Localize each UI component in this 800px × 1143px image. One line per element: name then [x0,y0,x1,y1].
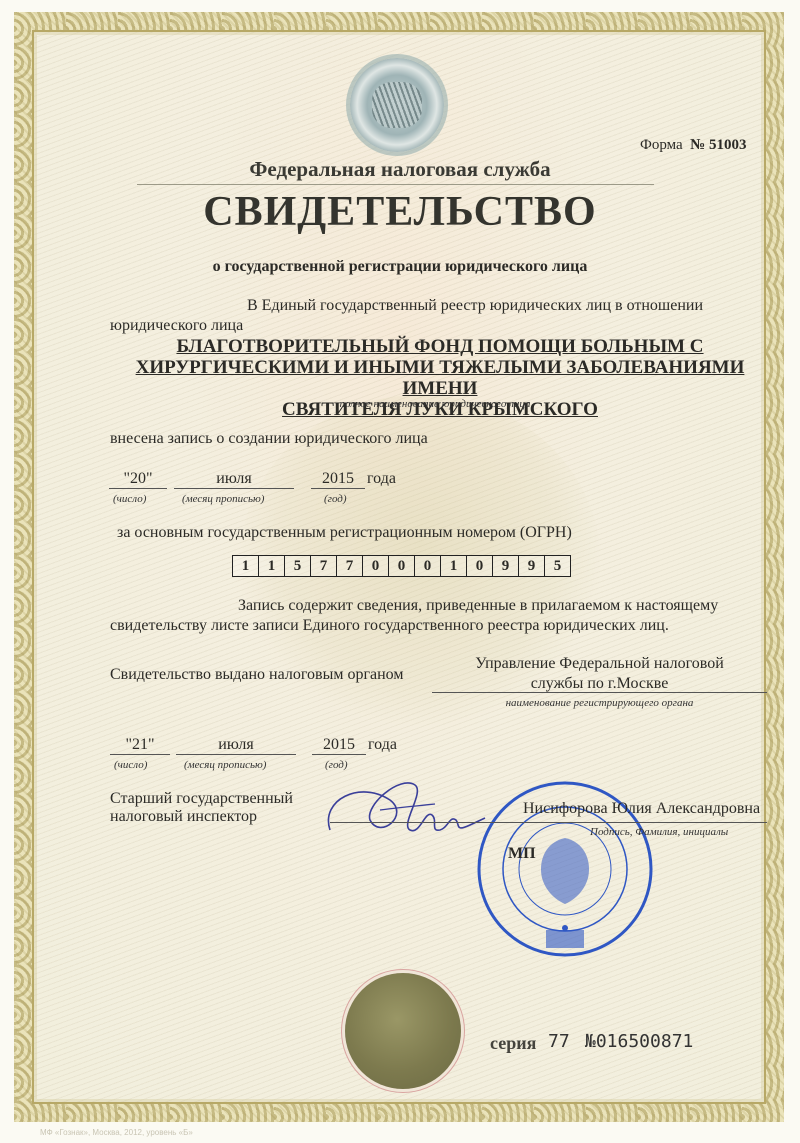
issue-day: "21" [110,736,170,755]
ogrn-digit: 5 [285,556,311,576]
ogrn-digit: 9 [493,556,519,576]
ogrn-digit: 5 [545,556,570,576]
seal-label: МП [508,845,536,863]
divider [432,692,767,693]
hologram-emblem-icon [350,58,444,152]
ogrn-digit: 1 [233,556,259,576]
form-number-value: № 51003 [690,137,746,153]
record-line-2: свидетельству листе записи Единого госуд… [110,617,669,635]
signature-icon [320,770,490,850]
divider [137,184,654,185]
form-label: Форма [640,137,683,153]
document-title: СВИДЕТЕЛЬСТВО [0,188,800,236]
day-caption: (число) [114,759,147,771]
entry-year: 2015 [311,470,365,489]
signature-caption: Подпись, Фамилия, инициалы [590,826,728,838]
ogrn-number: 1 1 5 7 7 0 0 0 1 0 9 9 5 [232,555,571,577]
printer-note: МФ «Гознак», Москва, 2012, уровень «Б» [40,1128,193,1137]
ogrn-digit: 7 [337,556,363,576]
entity-name-line: ХИРУРГИЧЕСКИМИ И ИНЫМИ ТЯЖЕЛЫМИ ЗАБОЛЕВА… [110,357,770,399]
intro-line-1: В Единый государственный реестр юридичес… [247,297,703,315]
month-caption: (месяц прописью) [184,759,266,771]
issue-year: 2015 [312,736,366,755]
issue-year-suffix: года [368,736,397,754]
gold-seal-icon [345,973,461,1089]
ogrn-digit: 0 [415,556,441,576]
issued-by-label: Свидетельство выдано налоговым органом [110,666,403,684]
entity-name-line: БЛАГОТВОРИТЕЛЬНЫЙ ФОНД ПОМОЩИ БОЛЬНЫМ С [110,336,770,357]
entry-text: внесена запись о создании юридического л… [110,430,428,448]
inspector-title-line-1: Старший государственный [110,790,293,808]
issue-month: июля [176,736,296,755]
ogrn-digit: 0 [467,556,493,576]
inspector-title-line-2: налоговый инспектор [110,808,257,826]
ogrn-digit: 7 [311,556,337,576]
series-value: 77 [548,1031,570,1052]
issuing-authority-caption: наименование регистрирующего органа [432,697,767,709]
ogrn-digit: 1 [259,556,285,576]
ogrn-digit: 0 [363,556,389,576]
form-number: Форма № 51003 [640,137,747,154]
year-caption: (год) [324,493,347,505]
ogrn-digit: 0 [389,556,415,576]
entry-month: июля [174,470,294,489]
series-label: серия [490,1033,536,1054]
ogrn-text: за основным государственным регистрацион… [117,524,572,542]
day-caption: (число) [113,493,146,505]
issuing-authority-line-1: Управление Федеральной налоговой [432,655,767,673]
agency-name: Федеральная налоговая служба [0,157,800,182]
serial-number: №016500871 [585,1031,693,1052]
issuing-authority-line-2: службы по г.Москве [432,675,767,693]
ogrn-digit: 1 [441,556,467,576]
record-line-1: Запись содержит сведения, приведенные в … [238,597,718,615]
entry-day: "20" [109,470,167,489]
document-subtitle: о государственной регистрации юридическо… [0,258,800,276]
intro-line-2: юридического лица [110,317,243,335]
entity-name-caption: полное наименование юридического лица [0,398,800,410]
inspector-name: Нисифорова Юлия Александровна [523,800,760,818]
entry-year-suffix: года [367,470,396,488]
month-caption: (месяц прописью) [182,493,264,505]
divider [330,822,767,823]
ogrn-digit: 9 [519,556,545,576]
